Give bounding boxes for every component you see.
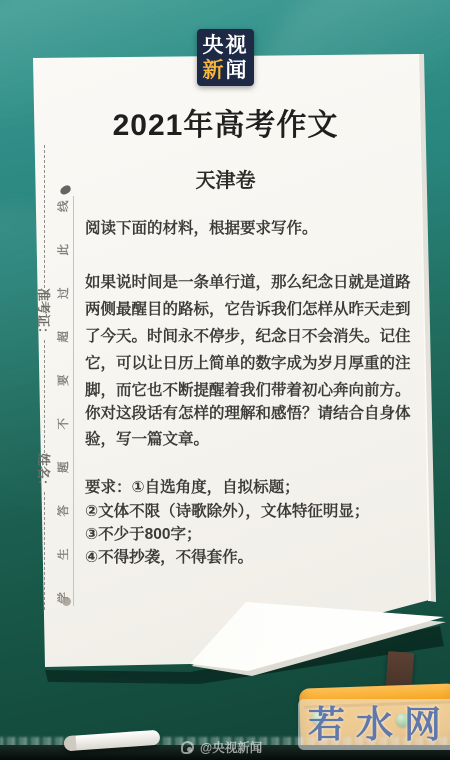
prompt-material: 如果说时间是一条单行道，那么纪念日就是道路两侧最醒目的路标，它告诉我们怎样从昨天… <box>85 269 415 404</box>
requirement-line: ④不得抄袭，不得套作。 <box>85 545 415 567</box>
logo-line2: 新闻 <box>203 58 249 83</box>
paper-subtitle: 天津卷 <box>33 164 418 193</box>
news-poster: 学生答题不要超过此线 准考证： 姓名： 2021年高考作文 天津卷 阅读下面的材… <box>0 0 450 760</box>
site-watermark: 若水网 <box>298 699 450 750</box>
weibo-icon <box>181 741 194 754</box>
requirement-line: 要求：①自选角度，自拟标题； <box>85 475 415 497</box>
requirement-line: ②文体不限（诗歌除外），文体特征明显； <box>85 499 415 521</box>
ink-smudge <box>62 597 71 606</box>
exam-number-label: 准考证： <box>36 288 55 340</box>
seal-margin-line: 准考证： 姓名： <box>35 145 55 615</box>
dashed-rule <box>45 492 46 610</box>
page-title: 2021年高考作文 <box>33 100 418 144</box>
prompt-intro: 阅读下面的材料，根据要求写作。 <box>85 216 413 238</box>
prompt-question: 你对这段话有怎样的理解和感悟？请结合自身体验，写一篇文章。 <box>85 401 415 453</box>
weibo-watermark: @央视新闻 <box>181 737 262 757</box>
logo-line2-rest: 闻 <box>226 59 249 82</box>
requirement-line: ③不少于800字； <box>85 522 415 544</box>
weibo-handle: @央视新闻 <box>200 738 262 756</box>
cctv-news-logo: 央视 新闻 <box>197 29 254 86</box>
dashed-rule <box>45 340 46 453</box>
logo-line1: 央视 <box>203 33 249 58</box>
name-label: 姓名： <box>36 453 55 492</box>
logo-accent-char: 新 <box>203 59 226 82</box>
seal-line-text: 学生答题不要超过此线 <box>55 151 71 621</box>
margin-rule <box>73 196 74 606</box>
